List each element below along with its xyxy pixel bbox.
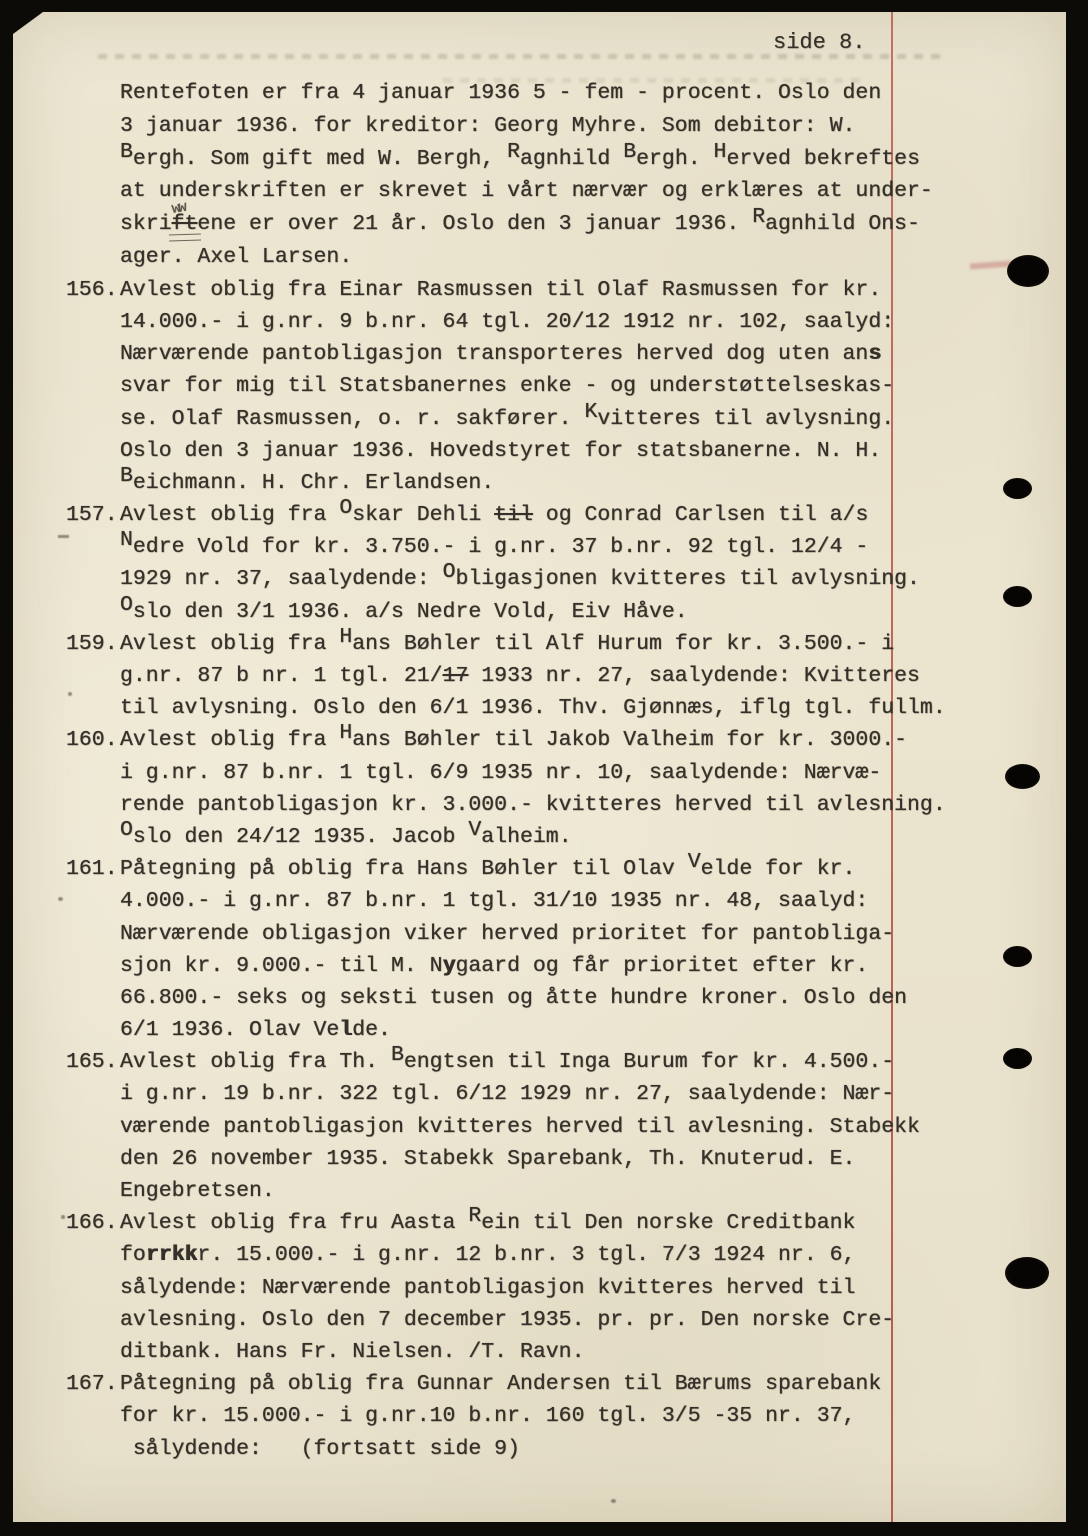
entry-number: 161.: [66, 853, 118, 885]
text-segment: O: [339, 496, 352, 520]
text-line: Avlest oblig fra Th. Bengtsen til Inga B…: [120, 1046, 1026, 1078]
text-segment: H: [339, 721, 352, 745]
register-entry: 157.Avlest oblig fra Oskar Dehli til og …: [66, 499, 1026, 628]
text-segment: Avlest oblig fra: [120, 632, 339, 656]
text-segment: O: [120, 818, 133, 842]
text-segment: til avlysning. Oslo den 6/1 1936. Thv. G…: [120, 696, 946, 720]
text-segment: i g.nr. 87 b.nr. 1 tgl. 6/9 1935 nr. 10,…: [120, 761, 881, 785]
text-line: Beichmann. H. Chr. Erlandsen.: [120, 467, 1026, 499]
text-line: Avlest oblig fra Einar Rasmussen til Ola…: [120, 274, 1026, 306]
entry-number: 156.: [66, 274, 118, 306]
text-segment: ergh. Som gift med W. Bergh,: [133, 147, 507, 171]
text-segment: slo den 3/1 1936. a/s Nedre Vold, Eiv Hå…: [133, 600, 688, 624]
text-segment: r. 15.000.- i g.nr. 12 b.nr. 3 tgl. 7/3 …: [197, 1243, 855, 1267]
text-segment: 4.000.- i g.nr. 87 b.nr. 1 tgl. 31/10 19…: [120, 889, 868, 913]
text-line: værende pantobligasjon kvitteres herved …: [120, 1111, 1026, 1143]
text-segment: H: [339, 625, 352, 649]
text-line: i g.nr. 19 b.nr. 322 tgl. 6/12 1929 nr. …: [120, 1078, 1026, 1110]
text-line: 6/1 1936. Olav Velde.: [120, 1014, 1026, 1046]
text-segment: Nærværende obligasjon viker herved prior…: [120, 922, 894, 946]
text-segment: Nærværende pantobligasjon transporteres …: [120, 342, 868, 366]
entry-number: 167.: [66, 1368, 118, 1400]
text-line: Påtegning på oblig fra Hans Bøhler til O…: [120, 853, 1026, 885]
text-segment: de.: [352, 1018, 391, 1042]
text-line: for kr. 15.000.- i g.nr.10 b.nr. 160 tgl…: [120, 1400, 1026, 1432]
entry-number: 157.: [66, 499, 118, 531]
text-line: 4.000.- i g.nr. 87 b.nr. 1 tgl. 31/10 19…: [120, 885, 1026, 917]
text-line: sålydende: Nærværende pantobligasjon kvi…: [120, 1272, 1026, 1304]
text-line: Avlest oblig fra fru Aasta Rein til Den …: [120, 1207, 1026, 1239]
text-line: sålydende: (fortsatt side 9): [120, 1433, 1026, 1465]
text-line: 1929 nr. 37, saalydende: Obligasjonen kv…: [120, 563, 1026, 595]
register-entry: 159.Avlest oblig fra Hans Bøhler til Alf…: [66, 628, 1026, 725]
text-segment: se. Olaf Rasmussen, o. r. sakfører.: [120, 407, 584, 431]
text-segment: edre Vold for kr. 3.750.- i g.nr. 37 b.n…: [133, 535, 868, 559]
text-line: forrkkr. 15.000.- i g.nr. 12 b.nr. 3 tgl…: [120, 1239, 1026, 1271]
text-segment: R: [507, 140, 520, 164]
register-entry: 156.Avlest oblig fra Einar Rasmussen til…: [66, 274, 1026, 499]
paper-corner-notch: [13, 12, 43, 34]
text-line: den 26 november 1935. Stabekk Sparebank,…: [120, 1143, 1026, 1175]
text-line: ditbank. Hans Fr. Nielsen. /T. Ravn.: [120, 1336, 1026, 1368]
text-line: skriftᴡᴡene er over 21 år. Oslo den 3 ja…: [120, 208, 1026, 241]
ink-speck: [611, 1499, 616, 1503]
text-segment: alheim.: [481, 825, 571, 849]
register-entry: 167.Påtegning på oblig fra Gunnar Anders…: [66, 1368, 1026, 1465]
text-segment: elde for kr.: [701, 857, 856, 881]
text-segment: R: [752, 205, 765, 229]
entry-number: 166.: [66, 1207, 118, 1239]
page-number-label: side 8.: [773, 30, 865, 55]
text-segment: ager. Axel Larsen.: [120, 245, 352, 269]
text-segment: 14.000.- i g.nr. 9 b.nr. 64 tgl. 20/12 1…: [120, 310, 894, 334]
text-line: 14.000.- i g.nr. 9 b.nr. 64 tgl. 20/12 1…: [120, 306, 1026, 338]
text-line: Avlest oblig fra Oskar Dehli til og Conr…: [120, 499, 1026, 531]
text-line: Oslo den 24/12 1935. Jacob Valheim.: [120, 821, 1026, 853]
text-line: Nedre Vold for kr. 3.750.- i g.nr. 37 b.…: [120, 531, 1026, 563]
text-segment: engtsen til Inga Burum for kr. 4.500.-: [404, 1050, 894, 1074]
text-line: at underskriften er skrevet i vårt nærvæ…: [120, 175, 1026, 208]
text-segment: g.nr. 87 b nr. 1 tgl. 21/: [120, 664, 443, 688]
text-segment: for kr. 15.000.- i g.nr.10 b.nr. 160 tgl…: [120, 1404, 855, 1428]
text-segment: 1929 nr. 37, saalydende:: [120, 567, 443, 591]
text-segment: s: [868, 342, 881, 366]
text-line: Oslo den 3 januar 1936. Hovedstyret for …: [120, 435, 1026, 467]
text-segment: l: [339, 1018, 352, 1042]
text-segment: N: [120, 528, 133, 552]
text-segment: Oslo den 3 januar 1936. Hovedstyret for …: [120, 439, 881, 463]
text-segment: 3 januar 1936. for kreditor: Georg Myhre…: [120, 114, 855, 138]
text-segment: O: [443, 560, 456, 584]
text-line: Nærværende pantobligasjon transporteres …: [120, 338, 1026, 370]
handwritten-underline: [168, 234, 200, 242]
document-page: side 8. Rentefoten er fra 4 januar 1936 …: [13, 12, 1066, 1522]
text-segment: skar Dehli: [352, 503, 494, 527]
text-segment: 66.800.- seks og seksti tusen og åtte hu…: [120, 986, 907, 1010]
text-line: Nærværende obligasjon viker herved prior…: [120, 918, 1026, 950]
text-segment: rrkk: [146, 1243, 198, 1267]
text-line: til avlysning. Oslo den 6/1 1936. Thv. G…: [120, 692, 1026, 724]
ink-speck: [58, 897, 63, 901]
entries-list: 156.Avlest oblig fra Einar Rasmussen til…: [66, 274, 1026, 1465]
text-segment: eichmann. H. Chr. Erlandsen.: [133, 471, 494, 495]
text-segment: sjon kr. 9.000.- til M. N: [120, 954, 443, 978]
text-segment: avlesning. Oslo den 7 december 1935. pr.…: [120, 1308, 894, 1332]
text-segment: B: [120, 140, 133, 164]
text-segment: B: [120, 464, 133, 488]
text-segment: agnhild Ons-: [765, 212, 920, 236]
ink-speck: [61, 1215, 65, 1219]
text-segment: agnhild: [520, 147, 623, 171]
text-segment: V: [468, 818, 481, 842]
text-segment: ftᴡᴡ: [172, 212, 198, 236]
text-segment: Avlest oblig fra: [120, 728, 339, 752]
text-line: Bergh. Som gift med W. Bergh, Ragnhild B…: [120, 143, 1026, 176]
text-segment: 1933 nr. 27, saalydende: Kvitteres: [468, 664, 920, 688]
text-segment: ditbank. Hans Fr. Nielsen. /T. Ravn.: [120, 1340, 584, 1364]
text-segment: 6/1 1936. Olav Ve: [120, 1018, 339, 1042]
register-entry: 165.Avlest oblig fra Th. Bengtsen til In…: [66, 1046, 1026, 1207]
text-line: Rentefoten er fra 4 januar 1936 5 - fem …: [120, 77, 1026, 110]
text-segment: 17: [443, 664, 469, 688]
text-segment: den 26 november 1935. Stabekk Sparebank,…: [120, 1147, 855, 1171]
text-segment: Påtegning på oblig fra Gunnar Andersen t…: [120, 1372, 881, 1396]
text-segment: Avlest oblig fra Einar Rasmussen til Ola…: [120, 278, 881, 302]
text-segment: slo den 24/12 1935. Jacob: [133, 825, 468, 849]
text-segment: rende pantobligasjon kr. 3.000.- kvitter…: [120, 793, 946, 817]
text-segment: Avlest oblig fra fru Aasta: [120, 1211, 468, 1235]
text-line: Påtegning på oblig fra Gunnar Andersen t…: [120, 1368, 1026, 1400]
entry-number: 159.: [66, 628, 118, 660]
register-entry: 161.Påtegning på oblig fra Hans Bøhler t…: [66, 853, 1026, 1046]
text-segment: ein til Den norske Creditbank: [481, 1211, 855, 1235]
text-segment: bligasjonen kvitteres til avlysning.: [455, 567, 919, 591]
text-segment: H: [714, 140, 727, 164]
text-line: svar for mig til Statsbanernes enke - og…: [120, 370, 1026, 402]
text-line: Engebretsen.: [120, 1175, 1026, 1207]
register-entry: 160.Avlest oblig fra Hans Bøhler til Jak…: [66, 724, 1026, 853]
intro-paragraph: Rentefoten er fra 4 januar 1936 5 - fem …: [66, 77, 1026, 274]
text-segment: B: [623, 140, 636, 164]
text-segment: R: [468, 1204, 481, 1228]
text-line: se. Olaf Rasmussen, o. r. sakfører. Kvit…: [120, 403, 1026, 435]
text-segment: ene er over 21 år. Oslo den 3 januar 193…: [197, 212, 752, 236]
text-segment: værende pantobligasjon kvitteres herved …: [120, 1115, 920, 1139]
register-entry: 166.Avlest oblig fra fru Aasta Rein til …: [66, 1207, 1026, 1368]
text-segment: O: [120, 593, 133, 617]
text-segment: til: [494, 503, 533, 527]
text-line: Avlest oblig fra Hans Bøhler til Alf Hur…: [120, 628, 1026, 660]
text-segment: og Conrad Carlsen til a/s: [533, 503, 868, 527]
text-segment: svar for mig til Statsbanernes enke - og…: [120, 374, 894, 398]
text-segment: erved bekreftes: [726, 147, 920, 171]
text-line: ager. Axel Larsen.: [120, 241, 1026, 274]
text-segment: at underskriften er skrevet i vårt nærvæ…: [120, 179, 933, 203]
text-segment: ergh.: [636, 147, 713, 171]
text-segment: ans Bøhler til Jakob Valheim for kr. 300…: [352, 728, 907, 752]
text-segment: Rentefoten er fra 4 januar 1936 5 - fem …: [120, 81, 881, 105]
text-segment: Påtegning på oblig fra Hans Bøhler til O…: [120, 857, 688, 881]
text-segment: Avlest oblig fra Th.: [120, 1050, 391, 1074]
typewritten-text-column: Rentefoten er fra 4 januar 1936 5 - fem …: [66, 77, 1026, 1465]
text-line: 3 januar 1936. for kreditor: Georg Myhre…: [120, 110, 1026, 143]
text-segment: sålydende: Nærværende pantobligasjon kvi…: [120, 1276, 855, 1300]
text-segment: Engebretsen.: [120, 1179, 275, 1203]
text-segment: B: [391, 1043, 404, 1067]
text-line: Avlest oblig fra Hans Bøhler til Jakob V…: [120, 724, 1026, 756]
text-segment: sålydende: (fortsatt side 9): [120, 1437, 520, 1461]
text-segment: K: [584, 400, 597, 424]
text-line: 66.800.- seks og seksti tusen og åtte hu…: [120, 982, 1026, 1014]
text-line: Oslo den 3/1 1936. a/s Nedre Vold, Eiv H…: [120, 596, 1026, 628]
text-segment: skri: [120, 212, 172, 236]
text-segment: y: [443, 954, 456, 978]
text-segment: gaard og får prioritet efter kr.: [455, 954, 868, 978]
text-segment: V: [688, 850, 701, 874]
text-segment: ans Bøhler til Alf Hurum for kr. 3.500.-…: [352, 632, 894, 656]
text-line: avlesning. Oslo den 7 december 1935. pr.…: [120, 1304, 1026, 1336]
entry-number: 160.: [66, 724, 118, 756]
text-line: rende pantobligasjon kr. 3.000.- kvitter…: [120, 789, 1026, 821]
entry-number: 165.: [66, 1046, 118, 1078]
text-segment: fo: [120, 1243, 146, 1267]
text-segment: Avlest oblig fra: [120, 503, 339, 527]
text-segment: vitteres til avlysning.: [597, 407, 894, 431]
text-line: g.nr. 87 b nr. 1 tgl. 21/17 1933 nr. 27,…: [120, 660, 1026, 692]
text-segment: i g.nr. 19 b.nr. 322 tgl. 6/12 1929 nr. …: [120, 1082, 894, 1106]
text-line: sjon kr. 9.000.- til M. Nygaard og får p…: [120, 950, 1026, 982]
text-line: i g.nr. 87 b.nr. 1 tgl. 6/9 1935 nr. 10,…: [120, 757, 1026, 789]
scanned-document: { "style":{ "paper_color":"#ebe4cf", "in…: [0, 0, 1088, 1536]
